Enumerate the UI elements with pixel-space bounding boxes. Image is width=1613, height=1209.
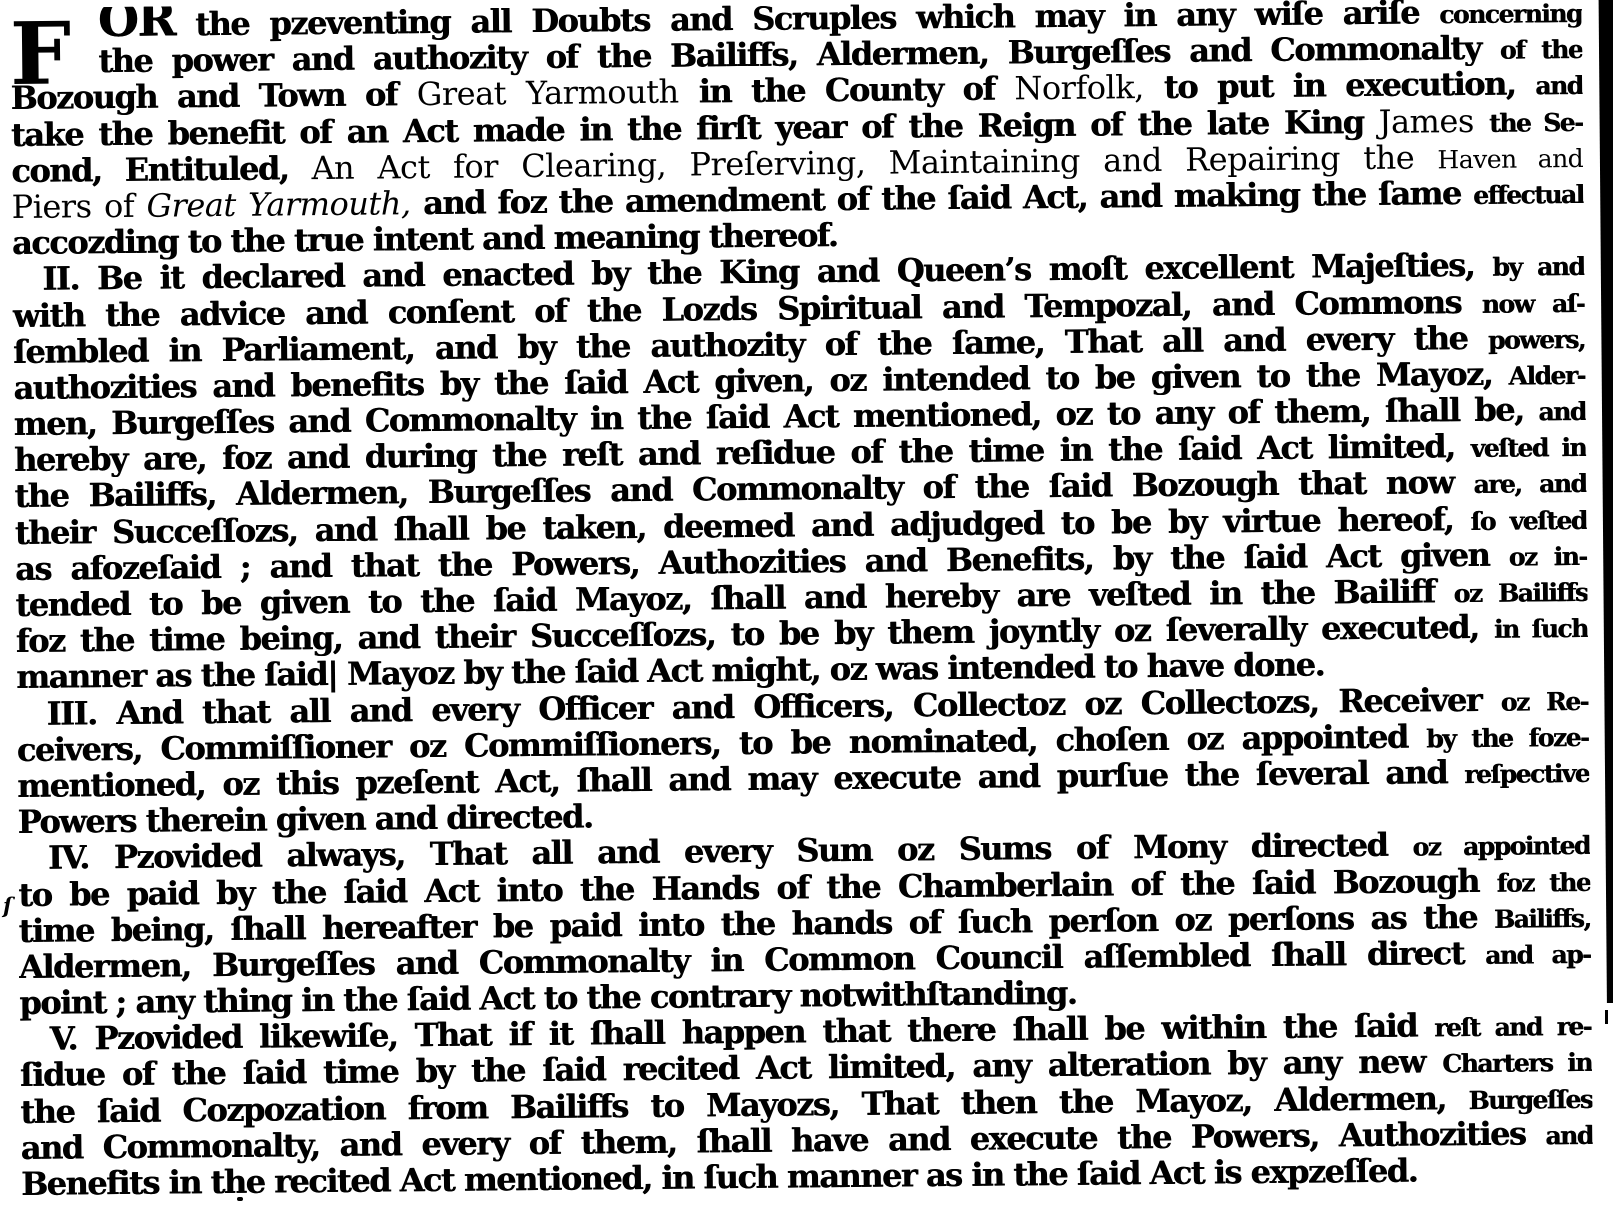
document-page: F OR the pzeventing all Doubts and Scrup… [10, 0, 1593, 1202]
text-run: by and [1492, 252, 1584, 282]
text-run: Burgeſſes [1468, 1085, 1592, 1115]
text-block: OR the pzeventing all Doubts and Scruple… [10, 0, 1593, 1202]
text-run: Great Yarmouth, [146, 184, 423, 225]
text-run: and [1538, 397, 1586, 426]
paragraph-section-iii: III. And that all and every Officer and … [16, 680, 1589, 840]
text-run: by the foze- [1426, 723, 1589, 754]
text-run: Great Yarmouth [417, 73, 699, 114]
text-run: Charters in [1442, 1048, 1592, 1078]
scan-edge-band [1597, 0, 1613, 1003]
text-run: oz Bailiffs [1453, 578, 1587, 608]
text-run: veſted in [1470, 433, 1586, 463]
text-run: OR [98, 0, 176, 44]
text-run: reſt and re- [1434, 1012, 1592, 1043]
ink-speck [237, 1197, 243, 1201]
text-run: James [1378, 101, 1489, 140]
text-run: concerning [1439, 0, 1582, 29]
text-run: powers, [1488, 325, 1585, 355]
text-run: oz appointed [1412, 831, 1590, 862]
margin-mark: ſ [3, 893, 12, 918]
text-run: foz the [1496, 867, 1590, 897]
text-run: of the [1500, 35, 1583, 65]
drop-cap-letter: F [10, 11, 72, 98]
text-run: Powers therein given and directed. [17, 798, 592, 841]
text-run: Piers of [11, 187, 146, 225]
text-run: to put in execution, [1164, 65, 1536, 106]
text-run: in the County of [698, 70, 1014, 111]
text-run: Alder- [1508, 361, 1585, 391]
scanned-document: { "colors":{"ink":"#000000","paper":"#ff… [0, 0, 1613, 1209]
text-run: in ſuch [1494, 614, 1588, 644]
text-run: Bailiffs, [1494, 904, 1591, 934]
paragraph-section-ii: II. Be it declared and enacted by the Ki… [12, 246, 1588, 695]
text-run: are, and [1473, 469, 1586, 499]
text-run: effectual [1473, 180, 1584, 210]
text-run: the Se- [1489, 107, 1583, 137]
edge-speck [1605, 1010, 1608, 1024]
text-run: cond, Entituled, [11, 149, 312, 189]
text-run: oz in- [1508, 542, 1587, 572]
paragraph-section-v: V. Pzovided likewiſe, That if it ſhall h… [19, 1006, 1593, 1202]
paragraph-section-iv: IV. Pzovided always, That all and every … [18, 825, 1592, 1021]
text-run: Haven and [1437, 144, 1583, 174]
text-run: and ap- [1485, 940, 1591, 970]
text-run: and [1535, 71, 1583, 100]
text-run: Norfolk, [1014, 68, 1164, 107]
text-run: reſpective [1464, 759, 1589, 789]
text-run: ſo veſted [1470, 506, 1587, 536]
paragraph-preamble: OR the pzeventing all Doubts and Scruple… [10, 0, 1584, 261]
text-run: now aſ- [1482, 288, 1585, 318]
text-run: oz Re- [1501, 686, 1589, 716]
text-run: and [1545, 1121, 1593, 1150]
